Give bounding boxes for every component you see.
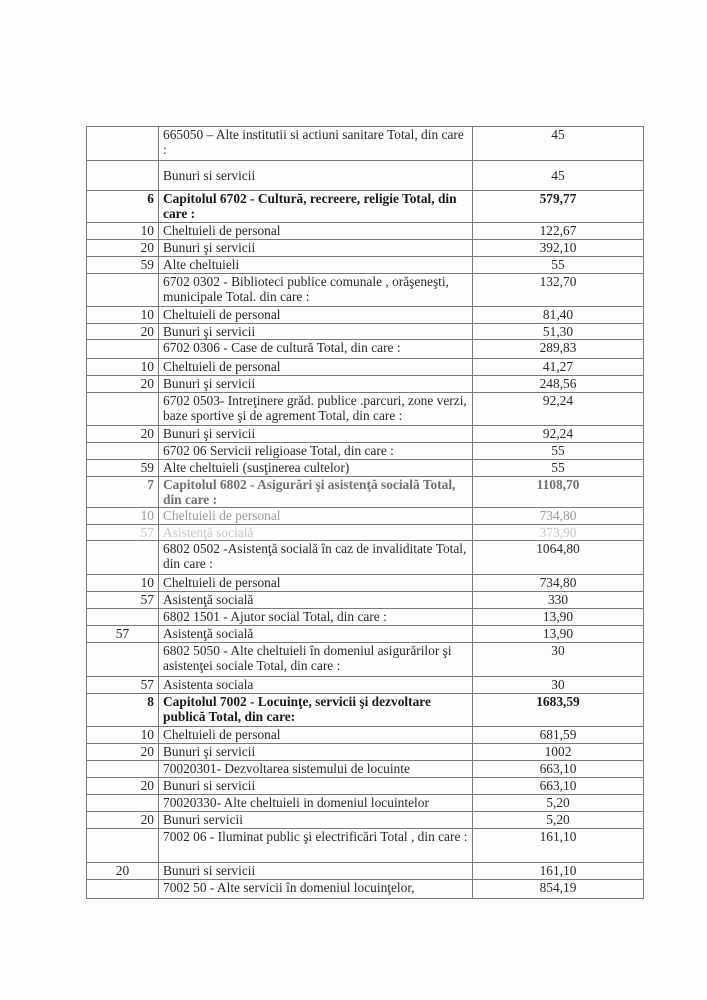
table-row: 6Capitolul 6702 - Cultură, recreere, rel… bbox=[87, 191, 644, 223]
table-row: 57Asistenta sociala30 bbox=[87, 677, 644, 694]
row-code: 57 bbox=[87, 626, 159, 643]
row-code: 20 bbox=[87, 240, 159, 257]
row-description: Asistenţă socială bbox=[159, 525, 473, 541]
budget-table-body: 665050 – Alte institutii si actiuni sani… bbox=[87, 127, 644, 899]
row-value: 373,90 bbox=[473, 525, 644, 541]
row-description: 6702 0306 - Case de cultură Total, din c… bbox=[159, 340, 473, 359]
document-page: 665050 – Alte institutii si actiuni sani… bbox=[0, 0, 707, 1000]
row-description: Asistenţă socială bbox=[159, 626, 473, 643]
table-row: 10Cheltuieli de personal681,59 bbox=[87, 727, 644, 744]
row-description: 6802 5050 - Alte cheltuieli în domeniul … bbox=[159, 643, 473, 677]
table-row: 6802 0502 -Asistenţă socială în caz de i… bbox=[87, 541, 644, 575]
row-code bbox=[87, 829, 159, 863]
budget-table: 665050 – Alte institutii si actiuni sani… bbox=[86, 126, 644, 899]
row-value: 45 bbox=[473, 127, 644, 161]
row-description: Bunuri şi servicii bbox=[159, 376, 473, 393]
row-description: Bunuri şi servicii bbox=[159, 240, 473, 257]
row-value: 13,90 bbox=[473, 626, 644, 643]
table-row: 20Bunuri si servicii161,10 bbox=[87, 863, 644, 880]
row-value: 248,56 bbox=[473, 376, 644, 393]
row-code bbox=[87, 609, 159, 626]
table-row: 6702 0306 - Case de cultură Total, din c… bbox=[87, 340, 644, 359]
table-row: 6702 06 Servicii religioase Total, din c… bbox=[87, 443, 644, 460]
table-row: 20Bunuri şi servicii51,30 bbox=[87, 324, 644, 340]
row-code bbox=[87, 761, 159, 778]
row-code: 59 bbox=[87, 257, 159, 274]
row-code bbox=[87, 274, 159, 307]
row-description: Cheltuieli de personal bbox=[159, 307, 473, 324]
row-value: 854,19 bbox=[473, 880, 644, 899]
table-row: 7002 50 - Alte servicii în domeniul locu… bbox=[87, 880, 644, 899]
table-row: 70020301- Dezvoltarea sistemului de locu… bbox=[87, 761, 644, 778]
table-row: 665050 – Alte institutii si actiuni sani… bbox=[87, 127, 644, 161]
row-description: Asistenta sociala bbox=[159, 677, 473, 694]
row-code: 20 bbox=[87, 778, 159, 795]
row-description: Capitolul 6702 - Cultură, recreere, reli… bbox=[159, 191, 473, 223]
table-row: 20Bunuri servicii5,20 bbox=[87, 812, 644, 829]
row-code bbox=[87, 340, 159, 359]
row-description: Cheltuieli de personal bbox=[159, 359, 473, 376]
table-row: 10Cheltuieli de personal122,67 bbox=[87, 223, 644, 240]
row-value: 5,20 bbox=[473, 795, 644, 812]
row-value: 132,70 bbox=[473, 274, 644, 307]
row-value: 13,90 bbox=[473, 609, 644, 626]
table-row: 8Capitolul 7002 - Locuinţe, servicii şi … bbox=[87, 694, 644, 727]
row-description: Bunuri si servicii bbox=[159, 161, 473, 191]
row-description: Bunuri si servicii bbox=[159, 778, 473, 795]
row-value: 92,24 bbox=[473, 426, 644, 443]
row-code: 10 bbox=[87, 508, 159, 525]
row-code: 57 bbox=[87, 592, 159, 609]
row-code bbox=[87, 393, 159, 426]
row-code: 7 bbox=[87, 477, 159, 508]
row-value: 161,10 bbox=[473, 863, 644, 880]
row-description: 6802 1501 - Ajutor social Total, din car… bbox=[159, 609, 473, 626]
row-description: Capitolul 7002 - Locuinţe, servicii şi d… bbox=[159, 694, 473, 727]
row-value: 330 bbox=[473, 592, 644, 609]
row-description: Cheltuieli de personal bbox=[159, 575, 473, 592]
row-description: 70020330- Alte cheltuieli in domeniul lo… bbox=[159, 795, 473, 812]
row-value: 161,10 bbox=[473, 829, 644, 863]
row-value: 41,27 bbox=[473, 359, 644, 376]
row-description: 6702 06 Servicii religioase Total, din c… bbox=[159, 443, 473, 460]
row-code: 57 bbox=[87, 525, 159, 541]
table-row: 10Cheltuieli de personal81,40 bbox=[87, 307, 644, 324]
row-code: 10 bbox=[87, 727, 159, 744]
row-code: 57 bbox=[87, 677, 159, 694]
row-value: 30 bbox=[473, 677, 644, 694]
table-row: 7Capitolul 6802 - Asigurări şi asistenţă… bbox=[87, 477, 644, 508]
table-row: 20Bunuri şi servicii1002 bbox=[87, 744, 644, 761]
table-row: 20Bunuri şi servicii392,10 bbox=[87, 240, 644, 257]
row-description: Bunuri şi servicii bbox=[159, 426, 473, 443]
row-code: 10 bbox=[87, 359, 159, 376]
row-value: 579,77 bbox=[473, 191, 644, 223]
table-row: 20Bunuri si servicii663,10 bbox=[87, 778, 644, 795]
table-row: 6702 0302 - Biblioteci publice comunale … bbox=[87, 274, 644, 307]
table-row: 70020330- Alte cheltuieli in domeniul lo… bbox=[87, 795, 644, 812]
row-description: Alte cheltuieli bbox=[159, 257, 473, 274]
table-row: 6802 5050 - Alte cheltuieli în domeniul … bbox=[87, 643, 644, 677]
table-row: 57Asistenţă socială373,90 bbox=[87, 525, 644, 541]
table-row: 20Bunuri şi servicii248,56 bbox=[87, 376, 644, 393]
row-code bbox=[87, 795, 159, 812]
row-description: Bunuri şi servicii bbox=[159, 744, 473, 761]
row-description: 6702 0503- Intreţinere grăd. publice .pa… bbox=[159, 393, 473, 426]
row-description: 665050 – Alte institutii si actiuni sani… bbox=[159, 127, 473, 161]
row-code: 20 bbox=[87, 376, 159, 393]
row-code: 10 bbox=[87, 307, 159, 324]
row-description: Bunuri si servicii bbox=[159, 863, 473, 880]
row-value: 45 bbox=[473, 161, 644, 191]
row-code bbox=[87, 880, 159, 899]
row-value: 289,83 bbox=[473, 340, 644, 359]
row-value: 663,10 bbox=[473, 778, 644, 795]
row-code: 20 bbox=[87, 426, 159, 443]
table-row: 6802 1501 - Ajutor social Total, din car… bbox=[87, 609, 644, 626]
row-value: 92,24 bbox=[473, 393, 644, 426]
row-code: 59 bbox=[87, 460, 159, 477]
row-code: 20 bbox=[87, 863, 159, 880]
table-row: 10Cheltuieli de personal41,27 bbox=[87, 359, 644, 376]
row-description: Cheltuieli de personal bbox=[159, 727, 473, 744]
row-value: 734,80 bbox=[473, 508, 644, 525]
row-description: Cheltuieli de personal bbox=[159, 508, 473, 525]
row-value: 1683,59 bbox=[473, 694, 644, 727]
row-code bbox=[87, 127, 159, 161]
table-row: 57Asistenţă socială330 bbox=[87, 592, 644, 609]
row-description: Capitolul 6802 - Asigurări şi asistenţă … bbox=[159, 477, 473, 508]
row-code: 10 bbox=[87, 575, 159, 592]
row-code bbox=[87, 161, 159, 191]
row-description: 6802 0502 -Asistenţă socială în caz de i… bbox=[159, 541, 473, 575]
table-row: 59Alte cheltuieli (susţinerea cultelor)5… bbox=[87, 460, 644, 477]
row-value: 1002 bbox=[473, 744, 644, 761]
row-description: Bunuri şi servicii bbox=[159, 324, 473, 340]
row-code bbox=[87, 443, 159, 460]
row-value: 1064,80 bbox=[473, 541, 644, 575]
row-value: 663,10 bbox=[473, 761, 644, 778]
row-value: 681,59 bbox=[473, 727, 644, 744]
row-code: 20 bbox=[87, 744, 159, 761]
row-code: 10 bbox=[87, 223, 159, 240]
row-code: 20 bbox=[87, 812, 159, 829]
row-value: 81,40 bbox=[473, 307, 644, 324]
table-row: 10Cheltuieli de personal734,80 bbox=[87, 508, 644, 525]
table-row: 57Asistenţă socială13,90 bbox=[87, 626, 644, 643]
row-value: 5,20 bbox=[473, 812, 644, 829]
table-row: 7002 06 - Iluminat public şi electrifică… bbox=[87, 829, 644, 863]
row-description: Cheltuieli de personal bbox=[159, 223, 473, 240]
row-value: 734,80 bbox=[473, 575, 644, 592]
row-description: Alte cheltuieli (susţinerea cultelor) bbox=[159, 460, 473, 477]
row-value: 55 bbox=[473, 257, 644, 274]
table-row: 20Bunuri şi servicii92,24 bbox=[87, 426, 644, 443]
row-description: Asistenţă socială bbox=[159, 592, 473, 609]
row-code: 20 bbox=[87, 324, 159, 340]
row-description: 6702 0302 - Biblioteci publice comunale … bbox=[159, 274, 473, 307]
row-value: 392,10 bbox=[473, 240, 644, 257]
row-value: 51,30 bbox=[473, 324, 644, 340]
row-code bbox=[87, 643, 159, 677]
row-code: 6 bbox=[87, 191, 159, 223]
row-code: 8 bbox=[87, 694, 159, 727]
row-code bbox=[87, 541, 159, 575]
row-value: 55 bbox=[473, 443, 644, 460]
row-value: 122,67 bbox=[473, 223, 644, 240]
table-row: 6702 0503- Intreţinere grăd. publice .pa… bbox=[87, 393, 644, 426]
table-row: 10Cheltuieli de personal734,80 bbox=[87, 575, 644, 592]
row-description: 70020301- Dezvoltarea sistemului de locu… bbox=[159, 761, 473, 778]
table-row: 59Alte cheltuieli55 bbox=[87, 257, 644, 274]
table-row: Bunuri si servicii45 bbox=[87, 161, 644, 191]
row-value: 1108,70 bbox=[473, 477, 644, 508]
row-value: 30 bbox=[473, 643, 644, 677]
row-value: 55 bbox=[473, 460, 644, 477]
row-description: 7002 06 - Iluminat public şi electrifică… bbox=[159, 829, 473, 863]
row-description: Bunuri servicii bbox=[159, 812, 473, 829]
row-description: 7002 50 - Alte servicii în domeniul locu… bbox=[159, 880, 473, 899]
